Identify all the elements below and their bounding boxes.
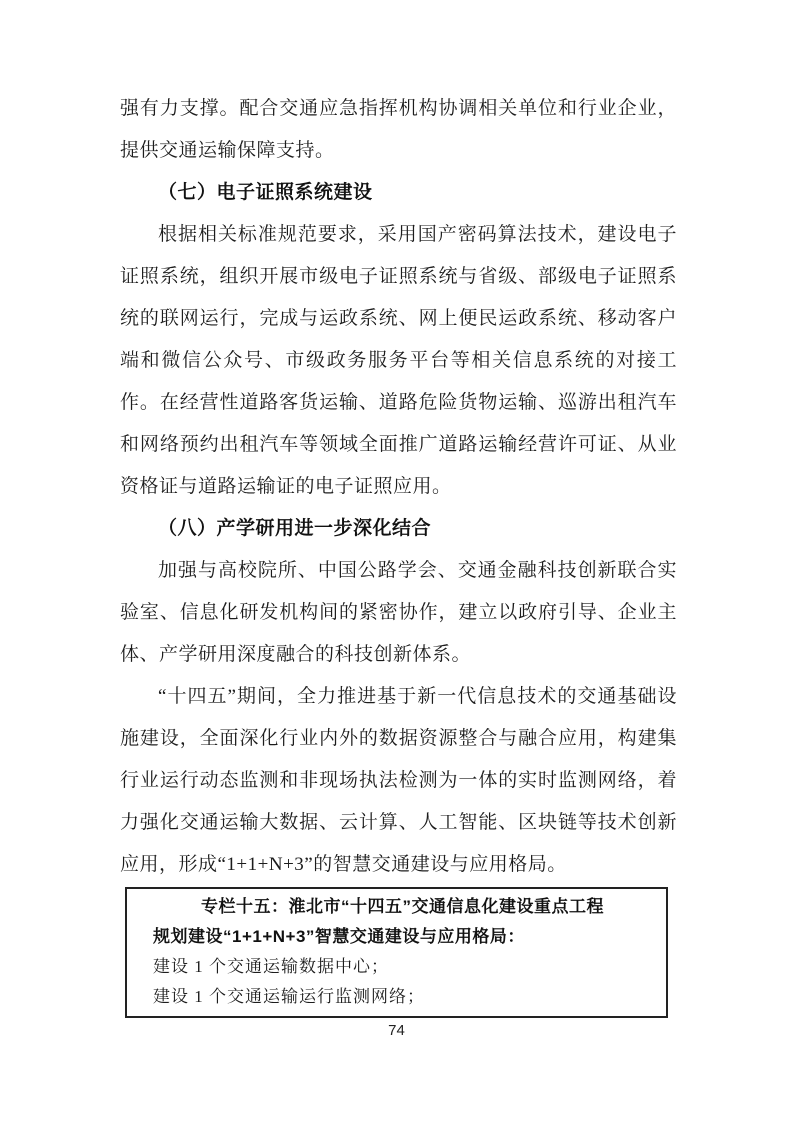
key-projects-box-item: 建设 1 个交通运输运行监测网络；	[153, 982, 652, 1012]
document-content: 强有力支撑。配合交通应急指挥机构协调相关单位和行业企业，提供交通运输保障支持。 …	[120, 88, 677, 1018]
key-projects-box: 专栏十五：淮北市“十四五”交通信息化建设重点工程 规划建设“1+1+N+3”智慧…	[125, 887, 668, 1018]
document-page: 强有力支撑。配合交通应急指挥机构协调相关单位和行业企业，提供交通运输保障支持。 …	[0, 0, 793, 1122]
section-8-heading: （八）产学研用进一步深化结合	[120, 508, 677, 550]
paragraph-continued: 强有力支撑。配合交通应急指挥机构协调相关单位和行业企业，提供交通运输保障支持。	[120, 88, 677, 172]
key-projects-box-item: 建设 1 个交通运输数据中心；	[153, 952, 652, 982]
section-8-paragraph-2: “十四五”期间，全力推进基于新一代信息技术的交通基础设施建设，全面深化行业内外的…	[120, 676, 677, 886]
key-projects-box-title: 专栏十五：淮北市“十四五”交通信息化建设重点工程	[153, 892, 652, 922]
section-8-paragraph-1: 加强与高校院所、中国公路学会、交通金融科技创新联合实验室、信息化研发机构间的紧密…	[120, 550, 677, 676]
section-7-heading: （七）电子证照系统建设	[120, 172, 677, 214]
section-7-paragraph: 根据相关标准规范要求，采用国产密码算法技术，建设电子证照系统，组织开展市级电子证…	[120, 214, 677, 508]
key-projects-box-subtitle: 规划建设“1+1+N+3”智慧交通建设与应用格局：	[153, 922, 652, 952]
page-number: 74	[0, 1022, 793, 1039]
